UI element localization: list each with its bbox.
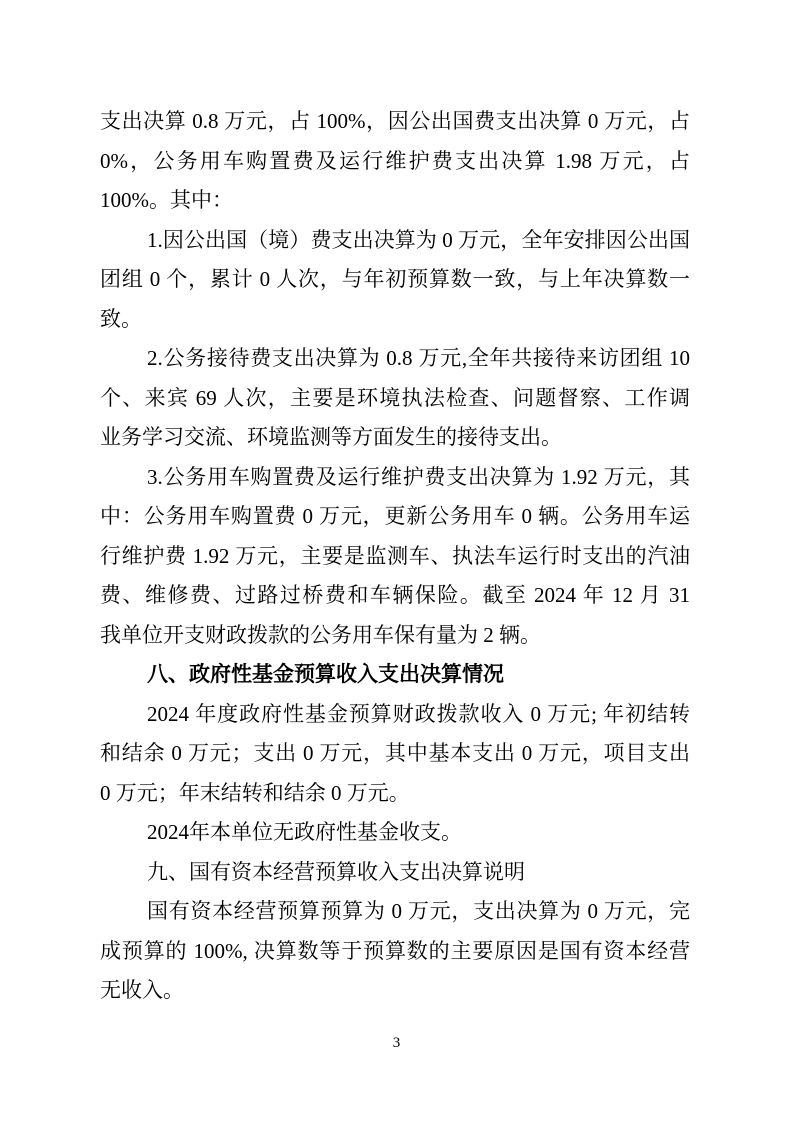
page-number: 3 — [0, 1032, 793, 1054]
text-line: 3.公务用车购置费及运行维护费支出决算为 1.92 万元，其 — [100, 458, 690, 498]
text-line: 支出决算 0.8 万元，占 100%，因公出国费支出决算 0 万元，占 — [100, 102, 690, 142]
text-line: 1.因公出国（境）费支出决算为 0 万元，全年安排因公出国 — [100, 221, 690, 261]
text-line: 业务学习交流、环境监测等方面发生的接待支出。 — [100, 418, 690, 458]
text-line: 2024 年度政府性基金预算财政拨款收入 0 万元; 年初结转 — [100, 695, 690, 735]
document-page: 支出决算 0.8 万元，占 100%，因公出国费支出决算 0 万元，占 0%，公… — [0, 0, 793, 1122]
text-line: 团组 0 个，累计 0 人次，与年初预算数一致，与上年决算数一 — [100, 260, 690, 300]
text-line: 行维护费 1.92 万元，主要是监测车、执法车运行时支出的汽油 — [100, 537, 690, 577]
text-line: 个、来宾 69 人次，主要是环境执法检查、问题督察、工作调研、 — [100, 379, 690, 419]
text-line: 无收入。 — [100, 971, 690, 1011]
text-line: 100%。其中： — [100, 181, 690, 221]
text-line: 中：公务用车购置费 0 万元，更新公务用车 0 辆。公务用车运 — [100, 497, 690, 537]
text-line: 和结余 0 万元；支出 0 万元，其中基本支出 0 万元，项目支出 — [100, 734, 690, 774]
text-line: 0%，公务用车购置费及运行维护费支出决算 1.98 万元，占 — [100, 142, 690, 182]
section-heading-9: 九、国有资本经营预算收入支出决算说明 — [100, 853, 690, 893]
text-line: 我单位开支财政拨款的公务用车保有量为 2 辆。 — [100, 616, 690, 656]
text-line: 2024年本单位无政府性基金收支。 — [100, 813, 690, 853]
text-line: 2.公务接待费支出决算为 0.8 万元,全年共接待来访团组 10 — [100, 339, 690, 379]
text-line: 0 万元；年末结转和结余 0 万元。 — [100, 774, 690, 814]
section-heading-8: 八、政府性基金预算收入支出决算情况 — [100, 655, 690, 695]
text-line: 致。 — [100, 300, 690, 340]
text-line: 国有资本经营预算预算为 0 万元，支出决算为 0 万元，完 — [100, 892, 690, 932]
text-line: 成预算的 100%, 决算数等于预算数的主要原因是国有资本经营 — [100, 932, 690, 972]
document-text-block: 支出决算 0.8 万元，占 100%，因公出国费支出决算 0 万元，占 0%，公… — [100, 102, 690, 1011]
text-line: 费、维修费、过路过桥费和车辆保险。截至 2024 年 12 月 31 日， — [100, 576, 690, 616]
